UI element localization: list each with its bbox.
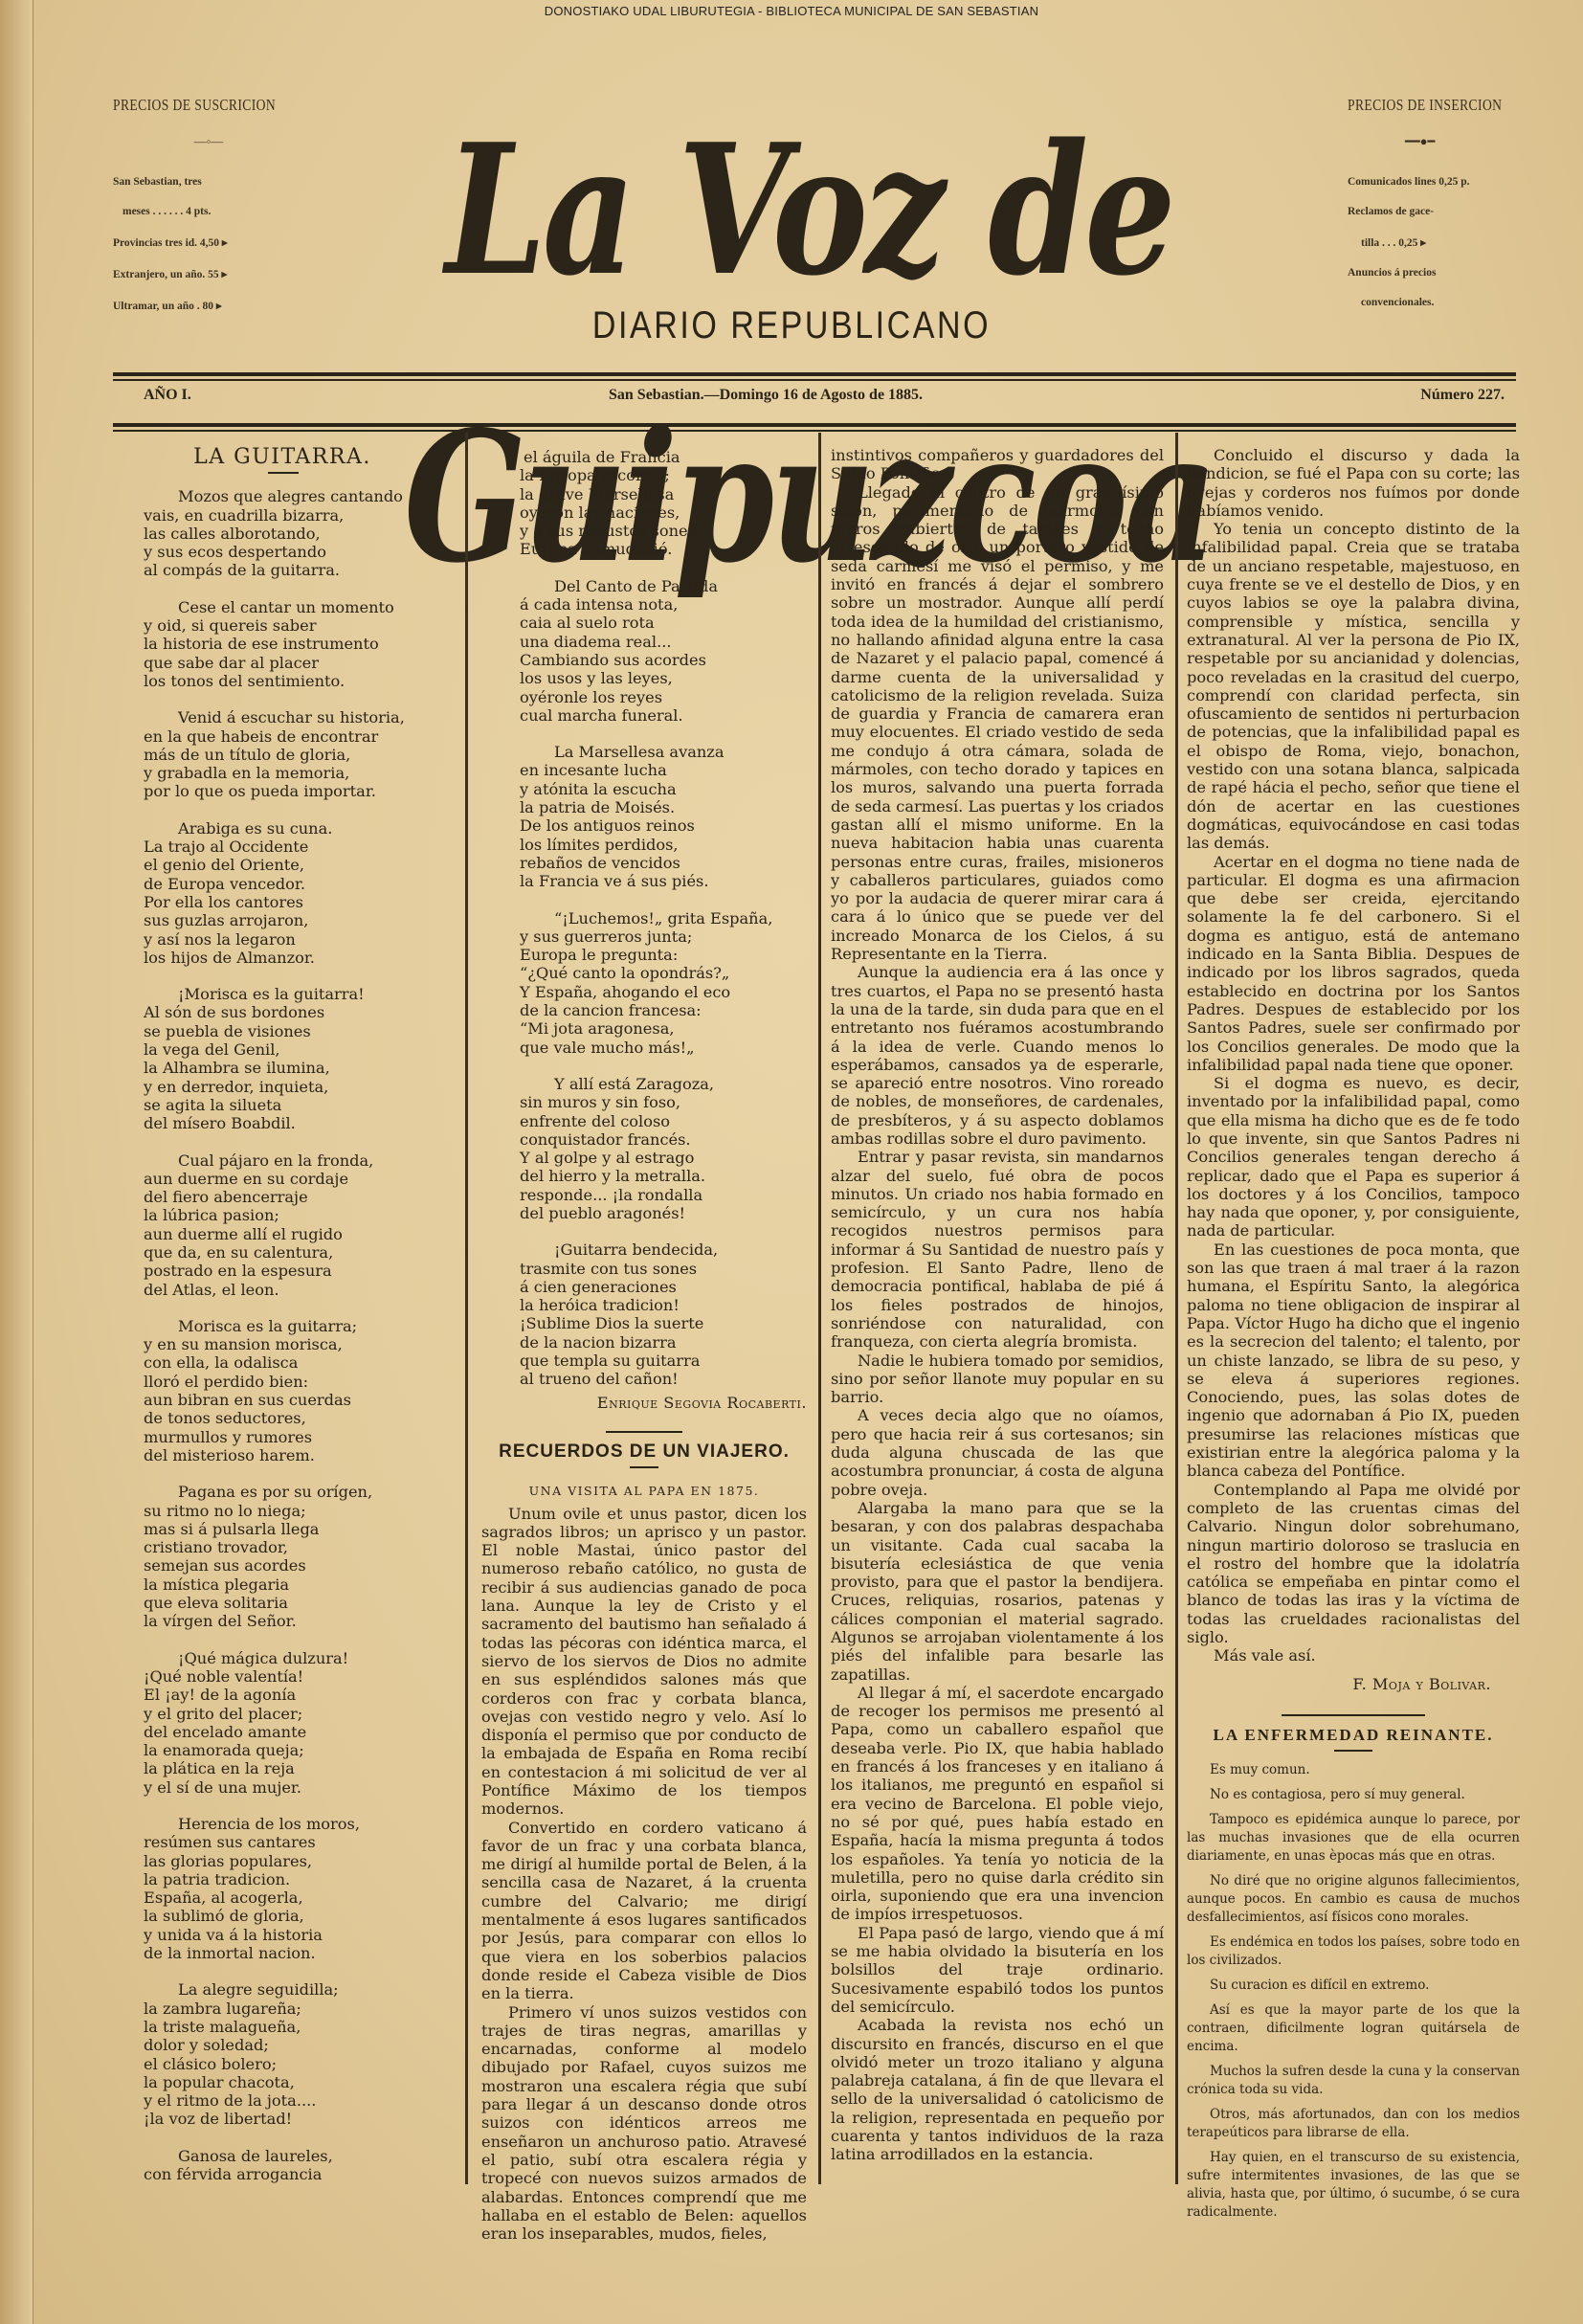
poem-line: sin muros y sin foso,: [520, 1093, 807, 1111]
poem-stanza: el águila de Franciala Europa recorrió;l…: [520, 448, 807, 559]
poem-stanza: Herencia de los moros,resúmen sus cantar…: [144, 1815, 450, 1962]
poem-line: y grabadla en la memoria,: [144, 764, 450, 782]
title-dash: [268, 472, 299, 474]
paragraph: Nadie le hubiera tomado por semidios, si…: [831, 1352, 1164, 1407]
poem-title: LA GUITARRA.: [115, 448, 450, 466]
poem-line: conquistador francés.: [520, 1130, 807, 1149]
poem-line: dolor y soledad;: [144, 2036, 450, 2054]
year-label: AÑO I.: [144, 387, 191, 404]
poem-line: responde... ¡la rondalla: [520, 1186, 807, 1204]
poem-line: y á sus robustos sones: [520, 522, 807, 540]
subscription-row: Provincias tres id. 4,50 ▸: [113, 235, 304, 249]
poem-line: Pagana es por su orígen,: [144, 1483, 450, 1501]
poem-line: en la que habeis de encontrar: [144, 727, 450, 746]
poem-stanza: “¡Luchemos!„ grita España,y sus guerrero…: [520, 909, 807, 1057]
poem-stanza: Y allí está Zaragoza,sin muros y sin fos…: [520, 1075, 807, 1222]
poem-stanza: ¡Guitarra bendecida,trasmite con tus son…: [520, 1240, 807, 1388]
poem-stanza: La alegre seguidilla;la zambra lugareña;…: [144, 1980, 450, 2128]
poem-stanza: Pagana es por su orígen,su ritmo no lo n…: [144, 1483, 450, 1630]
poem-line: La trajo al Occidente: [144, 838, 450, 856]
poem-line: que sabe dar al placer: [144, 654, 450, 672]
travel-article-part2: instintivos compañeros y guardadores del…: [831, 446, 1164, 2164]
poem-line: y sus ecos despertando: [144, 543, 450, 561]
poem-line: enfrente del coloso: [520, 1112, 807, 1130]
issue-number: Número 227.: [1420, 387, 1505, 404]
poem-line: Del Canto de Partida: [520, 577, 807, 595]
poem-line: con ella, la odalisca: [144, 1353, 450, 1372]
insertion-row: Reclamos de gace-: [1348, 206, 1577, 217]
paragraph: No es contagiosa, pero sí muy general.: [1187, 1786, 1520, 1804]
paragraph: Otros, más afortunados, dan con los medi…: [1187, 2106, 1520, 2142]
poem-line: del misterioso harem.: [144, 1446, 450, 1464]
poem-line: la Francia ve á sus piés.: [520, 872, 807, 890]
insertion-heading: PRECIOS DE INSERCION: [1348, 96, 1531, 115]
poem-stanzas-part2: el águila de Franciala Europa recorrió;l…: [481, 448, 807, 1389]
poem-stanza: Cese el cantar un momentoy oid, si quere…: [144, 598, 450, 690]
poem-line: la Alhambra se ilumina,: [144, 1059, 450, 1077]
poem-stanza: ¡Qué mágica dulzura!¡Qué noble valentía!…: [144, 1649, 450, 1797]
poem-line: del encelado amante: [144, 1723, 450, 1741]
poem-line: caia al suelo rota: [520, 614, 807, 632]
place-date: San Sebastian.—Domingo 16 de Agosto de 1…: [609, 387, 923, 404]
poem-line: ¡Qué mágica dulzura!: [144, 1649, 450, 1667]
subscription-row: San Sebastian, tres: [113, 176, 304, 188]
paragraph: Acabada la revista nos echó un discursit…: [831, 2016, 1164, 2163]
poem-line: rebaños de vencidos: [520, 854, 807, 872]
poem-line: al compás de la guitarra.: [144, 561, 450, 579]
poem-line: Al són de sus bordones: [144, 1003, 450, 1021]
poem-line: Cambiando sus acordes: [520, 651, 807, 669]
poem-line: de la cancion francesa:: [520, 1001, 807, 1019]
poem-line: los usos y las leyes,: [520, 669, 807, 687]
poem-line: las calles alborotando,: [144, 525, 450, 543]
poem-line: Europa enmudeció.: [520, 540, 807, 558]
poem-line: Y España, ahogando el eco: [520, 983, 807, 1001]
poem-line: y en su mansion morisca,: [144, 1335, 450, 1353]
column-1: LA GUITARRA. Mozos que alegres cantandov…: [144, 448, 450, 2201]
poem-line: del fiero abencerraje: [144, 1188, 450, 1206]
poem-line: España, al acogerla,: [144, 1888, 450, 1907]
poem-stanza: ¡Morisca es la guitarra!Al són de sus bo…: [144, 985, 450, 1132]
poem-line: el genio del Oriente,: [144, 856, 450, 874]
poem-line: ¡Morisca es la guitarra!: [144, 985, 450, 1003]
poem-line: se puebla de visiones: [144, 1022, 450, 1040]
poem-line: la plática en la reja: [144, 1759, 450, 1777]
paragraph: Yo tenia un concepto distinto de la infa…: [1187, 520, 1520, 852]
poem-line: de la nacion bizarra: [520, 1333, 807, 1352]
poem-line: Y al golpe y al estrago: [520, 1149, 807, 1167]
header-rule-top-thin: [113, 379, 1516, 381]
travel-article-title: RECUERDOS DE UN VIAJERO.: [481, 1442, 807, 1461]
page-binding-edge: [0, 0, 33, 2324]
travel-author: F. Moja y Bolivar.: [1187, 1675, 1520, 1693]
poem-line: vais, en cuadrilla bizarra,: [144, 506, 450, 525]
subscription-heading: PRECIOS DE SUSCRICION: [113, 96, 266, 115]
poem-line: los hijos de Almanzor.: [144, 949, 450, 967]
poem-line: y el grito del placer;: [144, 1705, 450, 1723]
poem-line: postrado en la espesura: [144, 1262, 450, 1280]
poem-line: aun duerme allí el rugido: [144, 1225, 450, 1243]
paragraph: instintivos compañeros y guardadores del…: [831, 446, 1164, 483]
poem-line: los tonos del sentimiento.: [144, 672, 450, 690]
poem-line: en incesante lucha: [520, 761, 807, 779]
poem-line: el águila de Francia: [520, 448, 807, 466]
poem-line: la Europa recorrió;: [520, 466, 807, 484]
poem-line: ¡Guitarra bendecida,: [520, 1240, 807, 1259]
dateline: AÑO I. San Sebastian.—Domingo 16 de Agos…: [113, 387, 1516, 415]
poem-line: Por ella los cantores: [144, 893, 450, 911]
poem-line: del hierro y la metralla.: [520, 1167, 807, 1185]
paragraph: Unum ovile et unus pastor, dicen los sag…: [481, 1505, 807, 1819]
poem-line: aun bibran en sus cuerdas: [144, 1391, 450, 1409]
paragraph: No diré que no origine algunos fallecimi…: [1187, 1872, 1520, 1927]
poem-line: la triste malagueña,: [144, 2018, 450, 2036]
poem-line: la patria de Moisés.: [520, 798, 807, 816]
poem-line: murmullos y rumores: [144, 1428, 450, 1446]
paragraph: El Papa pasó de largo, viendo que á mí s…: [831, 1924, 1164, 2016]
poem-line: Morisca es la guitarra;: [144, 1317, 450, 1335]
poem-stanza: Cual pájaro en la fronda,aun duerme en s…: [144, 1151, 450, 1299]
poem-stanza: Ganosa de laureles,con férvida arroganci…: [144, 2147, 450, 2184]
insertion-row: tilla . . . 0,25 ▸: [1348, 235, 1577, 249]
paragraph: Contemplando al Papa me olvidé por compl…: [1187, 1481, 1520, 1647]
poem-line: semejan sus acordes: [144, 1556, 450, 1575]
poem-line: de Europa vencedor.: [144, 875, 450, 893]
poem-line: “Mi jota aragonesa,: [520, 1019, 807, 1038]
poem-line: la lúbrica pasion;: [144, 1206, 450, 1224]
poem-stanza: Mozos que alegres cantandovais, en cuadr…: [144, 487, 450, 579]
travel-article-part3: Concluido el discurso y dada la bendicio…: [1187, 446, 1520, 1665]
section-divider: [630, 1466, 658, 1468]
paragraph: Al llegar á mí, el sacerdote encargado d…: [831, 1684, 1164, 1924]
poem-line: y el ritmo de la jota....: [144, 2091, 450, 2110]
poem-line: Mozos que alegres cantando: [144, 487, 450, 505]
poem-line: aun duerme en su cordaje: [144, 1170, 450, 1188]
poem-line: y atónita la escucha: [520, 780, 807, 798]
poem-line: la sublimó de gloria,: [144, 1907, 450, 1925]
insertion-row: Anuncios á precios: [1348, 267, 1577, 279]
ornament-divider: —◦—: [113, 134, 304, 149]
poem-line: que da, en su calentura,: [144, 1243, 450, 1262]
poem-line: resúmen sus cantares: [144, 1833, 450, 1851]
column-divider: [465, 433, 468, 2184]
section-divider: [606, 1431, 682, 1433]
poem-line: los límites perdidos,: [520, 836, 807, 854]
poem-line: la zambra lugareña;: [144, 2000, 450, 2018]
poem-line: oyeron las naciones,: [520, 503, 807, 522]
poem-line: ¡Qué noble valentía!: [144, 1667, 450, 1686]
header-rule-bottom-thin: [113, 430, 1516, 432]
paragraph: Si el dogma es nuevo, es decir, inventad…: [1187, 1074, 1520, 1240]
paragraph: Su curacion es difícil en extremo.: [1187, 1977, 1520, 1995]
subscription-row: Extranjero, un año. 55 ▸: [113, 267, 304, 280]
poem-line: de la inmortal nacion.: [144, 1944, 450, 1962]
poem-line: por lo que os pueda importar.: [144, 782, 450, 800]
poem-line: una diadema real...: [520, 633, 807, 651]
poem-line: La alegre seguidilla;: [144, 1980, 450, 1999]
header-rule-top: [113, 372, 1516, 376]
poem-line: á cien generaciones: [520, 1278, 807, 1296]
column-divider: [1175, 433, 1178, 2184]
archive-banner: DONOSTIAKO UDAL LIBURUTEGIA - BIBLIOTECA…: [0, 4, 1583, 18]
paragraph: Tampoco es epidémica aunque lo parece, p…: [1187, 1811, 1520, 1866]
poem-line: la mística plegaria: [144, 1575, 450, 1594]
paragraph: Es endémica en todos los países, sobre t…: [1187, 1933, 1520, 1970]
poem-line: á cada intensa nota,: [520, 595, 807, 614]
poem-line: Europa le pregunta:: [520, 946, 807, 964]
ornament-divider: ━━●━: [1348, 134, 1577, 149]
poem-line: mas si á pulsarla llega: [144, 1520, 450, 1538]
poem-line: las glorias populares,: [144, 1852, 450, 1870]
poem-line: la vírgen del Señor.: [144, 1612, 450, 1630]
paragraph: Primero ví unos suizos vestidos con traj…: [481, 2003, 807, 2244]
column-3: instintivos compañeros y guardadores del…: [831, 446, 1164, 2164]
poem-line: De los antiguos reinos: [520, 816, 807, 835]
poem-line: se agita la silueta: [144, 1096, 450, 1114]
subscription-row: meses . . . . . . 4 pts.: [113, 206, 304, 217]
paragraph: Es muy comun.: [1187, 1761, 1520, 1779]
paragraph: Entrar y pasar revista, sin mandarnos al…: [831, 1148, 1164, 1351]
illness-article-title: LA ENFERMEDAD REINANTE.: [1187, 1726, 1520, 1744]
poem-line: y unida va á la historia: [144, 1926, 450, 1944]
paragraph: A veces decia algo que no oíamos, pero q…: [831, 1406, 1164, 1498]
poem-line: ¡la voz de libertad!: [144, 2110, 450, 2128]
poem-line: El ¡ay! de la agonía: [144, 1686, 450, 1704]
insertion-prices: PRECIOS DE INSERCION ━━●━ Comunicados li…: [1348, 96, 1577, 326]
travel-article-subtitle: UNA VISITA AL PAPA EN 1875.: [481, 1482, 807, 1500]
poem-line: más de un título de gloria,: [144, 746, 450, 764]
paragraph: Muchos la sufren desde la cuna y la cons…: [1187, 2063, 1520, 2099]
poem-line: la heróica tradicion!: [520, 1296, 807, 1314]
insertion-row: convencionales.: [1348, 297, 1577, 308]
poem-line: y sus guerreros junta;: [520, 927, 807, 946]
poem-line: la grave Marsellesa: [520, 485, 807, 503]
poem-author: Enrique Segovia Rocaberti.: [481, 1394, 807, 1412]
masthead-subtitle: DIARIO REPUBLICANO: [119, 304, 1464, 347]
paragraph: Acertar en el dogma no tiene nada de par…: [1187, 853, 1520, 1075]
poem-line: la popular chacota,: [144, 2073, 450, 2091]
poem-line: la vega del Genil,: [144, 1040, 450, 1059]
paragraph: Hay quien, en el transcurso de su existe…: [1187, 2149, 1520, 2222]
poem-line: la enamorada queja;: [144, 1741, 450, 1759]
poem-line: y el sí de una mujer.: [144, 1778, 450, 1797]
poem-line: y así nos la legaron: [144, 930, 450, 949]
column-4: Concluido el discurso y dada la bendicio…: [1187, 446, 1520, 2228]
poem-line: y oid, si quereis saber: [144, 616, 450, 635]
column-2: el águila de Franciala Europa recorrió;l…: [481, 448, 807, 2243]
paragraph: Llegado al centro de un grandísimo salon…: [831, 483, 1164, 964]
poem-line: Herencia de los moros,: [144, 1815, 450, 1833]
poem-line: Arabiga es su cuna.: [144, 819, 450, 838]
poem-line: del mísero Boabdil.: [144, 1114, 450, 1132]
poem-line: el clásico bolero;: [144, 2055, 450, 2073]
poem-line: La Marsellesa avanza: [520, 743, 807, 761]
poem-line: Venid á escuchar su historia,: [144, 708, 450, 726]
poem-line: de tonos seductores,: [144, 1409, 450, 1427]
paragraph: Alargaba la mano para que se la besaran,…: [831, 1499, 1164, 1684]
poem-line: del Atlas, el leon.: [144, 1281, 450, 1299]
paragraph: En las cuestiones de poca monta, que son…: [1187, 1240, 1520, 1481]
poem-line: Cual pájaro en la fronda,: [144, 1151, 450, 1170]
illness-article-body: Es muy comun.No es contagiosa, pero sí m…: [1187, 1761, 1520, 2222]
poem-line: que vale mucho más!„: [520, 1039, 807, 1057]
paragraph: Así es que la mayor parte de los que la …: [1187, 2001, 1520, 2056]
poem-stanzas-part1: Mozos que alegres cantandovais, en cuadr…: [144, 487, 450, 2183]
poem-line: lloró el perdido bien:: [144, 1373, 450, 1391]
poem-line: sus guzlas arrojaron,: [144, 911, 450, 929]
poem-line: Y allí está Zaragoza,: [520, 1075, 807, 1093]
poem-line: cual marcha funeral.: [520, 706, 807, 725]
poem-stanza: Venid á escuchar su historia,en la que h…: [144, 708, 450, 800]
poem-line: ¡Sublime Dios la suerte: [520, 1314, 807, 1332]
poem-line: Ganosa de laureles,: [144, 2147, 450, 2165]
header-rule-bottom: [113, 423, 1516, 427]
paragraph: Aunque la audiencia era á las once y tre…: [831, 963, 1164, 1148]
poem-line: que eleva solitaria: [144, 1594, 450, 1612]
poem-line: cristiano trovador,: [144, 1538, 450, 1556]
insertion-row: Comunicados lines 0,25 p.: [1348, 176, 1577, 188]
poem-line: “¡Luchemos!„ grita España,: [520, 909, 807, 927]
poem-line: oyéronle los reyes: [520, 688, 807, 706]
poem-stanza: Arabiga es su cuna.La trajo al Occidente…: [144, 819, 450, 967]
poem-line: su ritmo no lo niega;: [144, 1502, 450, 1520]
poem-line: al trueno del cañon!: [520, 1370, 807, 1388]
poem-line: la patria tradicion.: [144, 1870, 450, 1888]
poem-stanza: Morisca es la guitarra;y en su mansion m…: [144, 1317, 450, 1464]
title-dash: [1334, 1750, 1372, 1752]
poem-line: la historia de ese instrumento: [144, 635, 450, 653]
newspaper-page: DONOSTIAKO UDAL LIBURUTEGIA - BIBLIOTECA…: [0, 0, 1583, 2324]
poem-line: con férvida arrogancia: [144, 2165, 450, 2183]
poem-line: Cese el cantar un momento: [144, 598, 450, 616]
paragraph: Más vale así.: [1187, 1646, 1520, 1665]
paragraph: Convertido en cordero vaticano á favor d…: [481, 1819, 807, 2003]
poem-line: que templa su guitarra: [520, 1352, 807, 1370]
poem-stanza: Del Canto de Partidaá cada intensa nota,…: [520, 577, 807, 725]
poem-line: “¿Qué canto la opondrás?„: [520, 964, 807, 982]
poem-line: del pueblo aragonés!: [520, 1204, 807, 1222]
poem-line: y en derredor, inquieta,: [144, 1078, 450, 1096]
section-divider: [1282, 1714, 1425, 1716]
travel-article-part1: Unum ovile et unus pastor, dicen los sag…: [481, 1505, 807, 2244]
paragraph: Concluido el discurso y dada la bendicio…: [1187, 446, 1520, 520]
column-divider: [818, 433, 821, 2184]
poem-stanza: La Marsellesa avanzaen incesante luchay …: [520, 743, 807, 890]
subscription-prices: PRECIOS DE SUSCRICION —◦— San Sebastian,…: [113, 96, 304, 330]
poem-line: trasmite con tus sones: [520, 1260, 807, 1278]
